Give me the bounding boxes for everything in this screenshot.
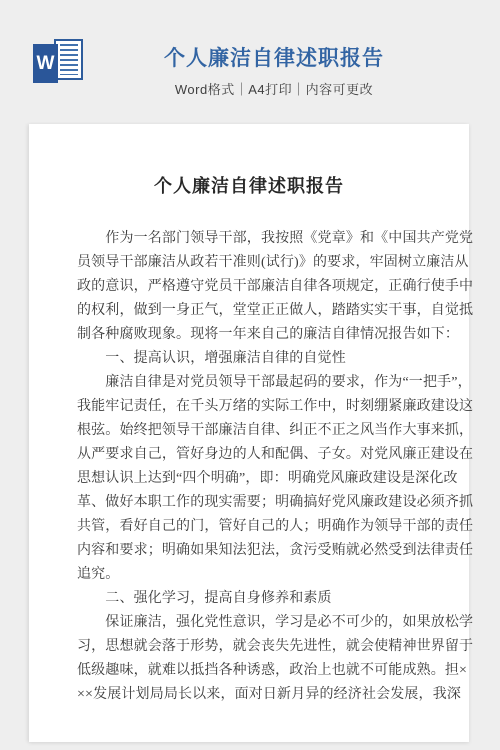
document-line: 内容和要求；明确如果知法犯法，贪污受贿就必然受到法律责任 xyxy=(77,539,469,563)
document-title: 个人廉洁自律述职报告 xyxy=(29,174,469,198)
document-line: 低级趣味，就难以抵挡各种诱惑，政治上也就不可能成熟。担× xyxy=(77,659,469,683)
document-line: 一、提高认识，增强廉洁自律的自觉性 xyxy=(77,347,469,371)
document-line: 保证廉洁，强化党性意识，学习是必不可少的，如果放松学 xyxy=(77,611,469,635)
document-line: 从严要求自己，管好身边的人和配偶、子女。对党风廉正建设在 xyxy=(77,443,469,467)
document-line: 政的意识，严格遵守党员干部廉洁自律各项规定，正确行使手中 xyxy=(77,275,469,299)
document-page: 个人廉洁自律述职报告 作为一名部门领导干部，我按照《党章》和《中国共产党党 员领… xyxy=(29,124,469,742)
document-line: 我能牢记责任，在千头万绪的实际工作中，时刻绷紧廉政建设这 xyxy=(77,395,469,419)
preview-subtitle: Word格式｜A4打印｜内容可更改 xyxy=(48,79,500,98)
document-line: 廉洁自律是对党员领导干部最起码的要求，作为“一把手”， xyxy=(77,371,469,395)
document-line: 二、强化学习，提高自身修养和素质 xyxy=(77,587,469,611)
document-line: 制各种腐败现象。现将一年来自己的廉洁自律情况报告如下： xyxy=(77,323,469,347)
document-line: 革、做好本职工作的现实需要；明确搞好党风廉政建设必须齐抓 xyxy=(77,491,469,515)
document-line: 作为一名部门领导干部，我按照《党章》和《中国共产党党 xyxy=(77,227,469,251)
document-line: 根弦。始终把领导干部廉洁自律、纠正不正之风当作大事来抓， xyxy=(77,419,469,443)
preview-title: 个人廉洁自律述职报告 xyxy=(48,42,500,72)
document-line: 员领导干部廉洁从政若干准则(试行)》的要求，牢固树立廉洁从 xyxy=(77,251,469,275)
document-line: 习，思想就会落于形势，就会丧失先进性，就会使精神世界留于 xyxy=(77,635,469,659)
preview-header: W 个人廉洁自律述职报告 Word格式｜A4打印｜内容可更改 xyxy=(0,0,500,124)
document-line: 思想认识上达到“四个明确”，即：明确党风廉政建设是深化改 xyxy=(77,467,469,491)
document-line: 追究。 xyxy=(77,563,469,587)
document-line: 共管，看好自己的门，管好自己的人；明确作为领导干部的责任 xyxy=(77,515,469,539)
document-line: ××发展计划局局长以来，面对日新月异的经济社会发展，我深 xyxy=(77,683,469,707)
document-body: 作为一名部门领导干部，我按照《党章》和《中国共产党党 员领导干部廉洁从政若干准则… xyxy=(77,227,469,707)
document-line: 的权利，做到一身正气，堂堂正正做人，踏踏实实干事，自觉抵 xyxy=(77,299,469,323)
